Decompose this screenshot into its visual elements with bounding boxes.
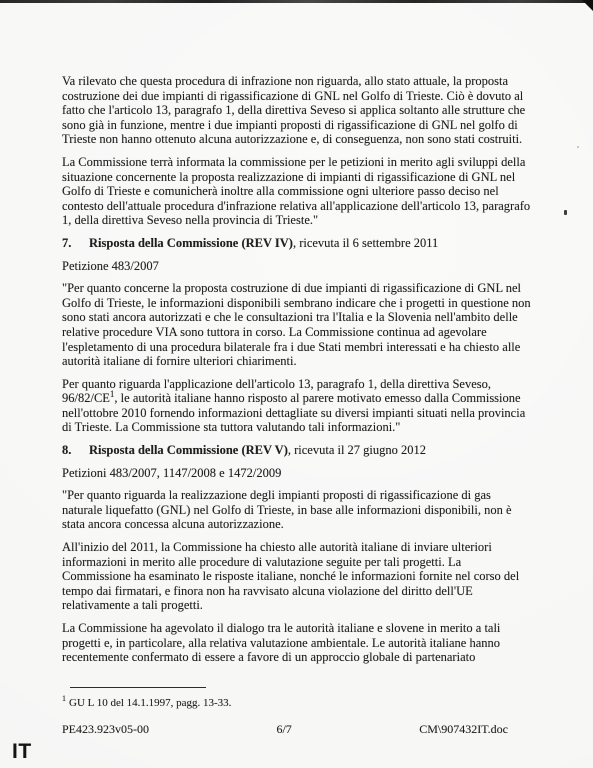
page-footer: PE423.923v05-00 6/7 CM\907432IT.doc (62, 722, 508, 737)
paragraph-proposta-costruzione: "Per quanto concerne la proposta costruz… (62, 281, 532, 369)
section-7-title: Risposta della Commissione (REV IV) (89, 236, 293, 250)
petition-reference-7: Petizione 483/2007 (62, 259, 532, 274)
section-7-date: , ricevuta il 6 settembre 2011 (293, 236, 438, 250)
section-8-title-line: Risposta della Commissione (REV V), rice… (89, 443, 426, 457)
paragraph-dialogo: La Commissione ha agevolato il dialogo t… (62, 621, 532, 665)
section-heading-7: 7. Risposta della Commissione (REV IV), … (62, 236, 532, 251)
scan-speck-artifact (577, 146, 579, 148)
language-code-badge: IT (12, 740, 32, 764)
section-8-number: 8. (62, 443, 71, 458)
document-body: Va rilevato che questa procedura di infr… (62, 74, 532, 673)
paragraph-seveso-post: , le autorità italiane hanno risposto al… (62, 391, 525, 434)
section-heading-8: 8. Risposta della Commissione (REV V), r… (62, 443, 532, 458)
paragraph-seveso-application: Per quanto riguarda l'applicazione dell'… (62, 377, 532, 435)
paragraph-realizzazione-impianti: "Per quanto riguarda la realizzazione de… (62, 488, 532, 532)
section-8-title: Risposta della Commissione (REV V) (89, 443, 288, 457)
footer-page-number: 6/7 (276, 722, 291, 737)
section-8-date: , ricevuta il 27 giugno 2012 (288, 443, 426, 457)
scanned-document-page: Va rilevato che questa procedura di infr… (0, 0, 593, 768)
scan-edge-artifact (0, 0, 593, 3)
petition-reference-8: Petizioni 483/2007, 1147/2008 e 1472/200… (62, 466, 532, 481)
paragraph-infrazione: Va rilevato che questa procedura di infr… (62, 74, 532, 147)
scan-corner-artifact (582, 0, 593, 11)
footer-document-number: PE423.923v05-00 (62, 722, 149, 737)
section-7-number: 7. (62, 236, 71, 251)
footer-file-name: CM\907432IT.doc (419, 722, 508, 737)
section-7-title-line: Risposta della Commissione (REV IV), ric… (89, 236, 438, 250)
paragraph-commissione-informata: La Commissione terrà informata la commis… (62, 155, 532, 228)
footnote: 1GU L 10 del 14.1.1997, pagg. 13-33. (62, 694, 532, 709)
footnote-separator-rule (70, 687, 206, 688)
scan-speck-artifact (564, 210, 567, 215)
footnote-marker: 1 (62, 694, 66, 703)
footnote-text: GU L 10 del 14.1.1997, pagg. 13-33. (69, 697, 231, 709)
paragraph-inizio-2011: All'inizio del 2011, la Commissione ha c… (62, 540, 532, 613)
